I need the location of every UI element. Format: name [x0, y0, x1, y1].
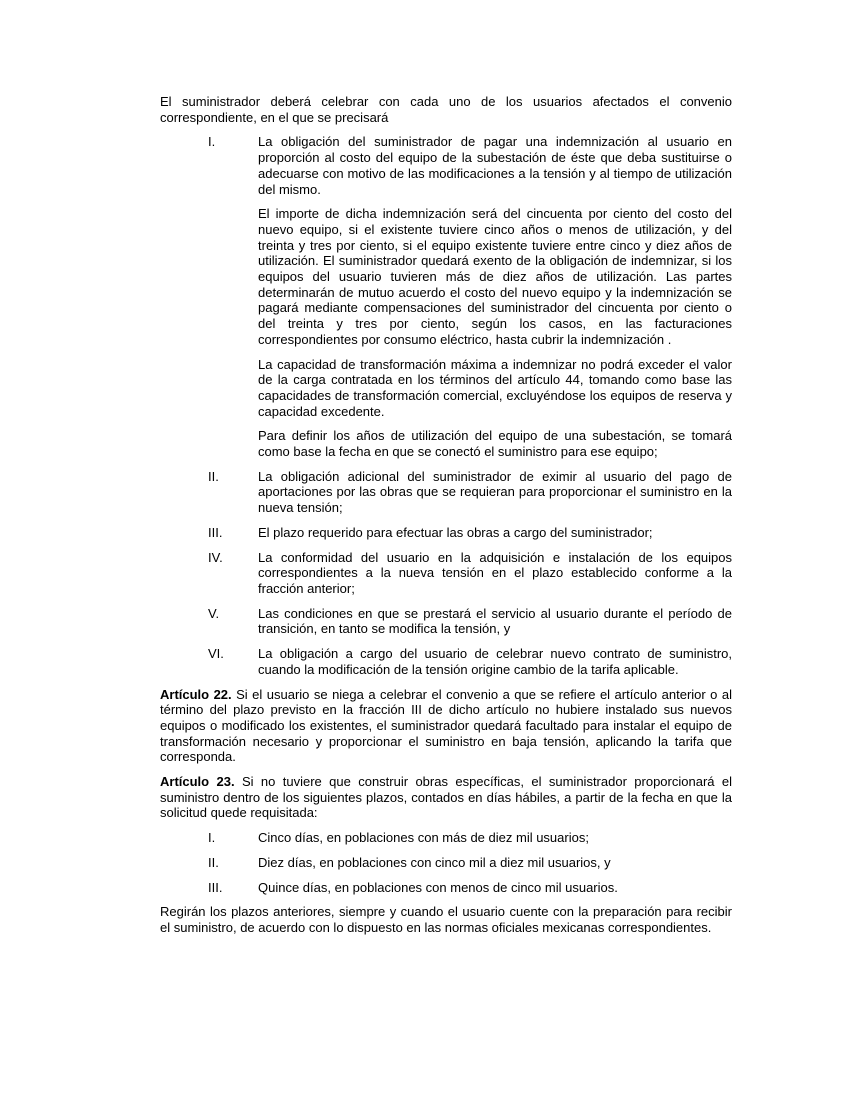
- plazo-ii-body: Diez días, en poblaciones con cinco mil …: [258, 855, 732, 880]
- intro-paragraph: El suministrador deberá celebrar con cad…: [160, 94, 732, 125]
- document-page: El suministrador deberá celebrar con cad…: [0, 0, 850, 1100]
- clause-iii: III. El plazo requerido para efectuar la…: [160, 525, 732, 550]
- article-22-text: Si el usuario se niega a celebrar el con…: [160, 687, 732, 765]
- clause-ii-paragraph: La obligación adicional del suministrado…: [258, 469, 732, 516]
- clause-v-body: Las condiciones en que se prestará el se…: [258, 606, 732, 646]
- clause-i-paragraph-1: La obligación del suministrador de pagar…: [258, 134, 732, 197]
- clause-iv-paragraph: La conformidad del usuario en la adquisi…: [258, 550, 732, 597]
- clause-iii-numeral: III.: [208, 525, 258, 550]
- article-22-paragraph: Artículo 22. Si el usuario se niega a ce…: [160, 687, 732, 766]
- clause-ii-numeral: II.: [208, 469, 258, 525]
- article-22-label: Artículo 22.: [160, 687, 232, 702]
- clause-i-paragraph-2: El importe de dicha indemnización será d…: [258, 206, 732, 347]
- plazo-iii: III. Quince días, en poblaciones con men…: [160, 880, 732, 905]
- plazo-iii-body: Quince días, en poblaciones con menos de…: [258, 880, 732, 905]
- clause-i-paragraph-3: La capacidad de transformación máxima a …: [258, 357, 732, 420]
- article-23-paragraph: Artículo 23. Si no tuviere que construir…: [160, 774, 732, 821]
- plazo-i-text: Cinco días, en poblaciones con más de di…: [258, 830, 732, 846]
- plazo-i-numeral: I.: [208, 830, 258, 855]
- article-23-text: Si no tuviere que construir obras especí…: [160, 774, 732, 820]
- clause-ii: II. La obligación adicional del suminist…: [160, 469, 732, 525]
- clause-i-numeral: I.: [208, 134, 258, 468]
- plazo-ii-text: Diez días, en poblaciones con cinco mil …: [258, 855, 732, 871]
- clause-i: I. La obligación del suministrador de pa…: [160, 134, 732, 468]
- clause-iv: IV. La conformidad del usuario en la adq…: [160, 550, 732, 606]
- article-23-label: Artículo 23.: [160, 774, 235, 789]
- document-content: El suministrador deberá celebrar con cad…: [160, 94, 732, 945]
- clause-iii-paragraph: El plazo requerido para efectuar las obr…: [258, 525, 732, 541]
- plazo-i: I. Cinco días, en poblaciones con más de…: [160, 830, 732, 855]
- plazo-ii-numeral: II.: [208, 855, 258, 880]
- plazo-i-body: Cinco días, en poblaciones con más de di…: [258, 830, 732, 855]
- clause-vi-numeral: VI.: [208, 646, 258, 686]
- clause-iii-body: El plazo requerido para efectuar las obr…: [258, 525, 732, 550]
- plazo-iii-numeral: III.: [208, 880, 258, 905]
- clause-iv-numeral: IV.: [208, 550, 258, 606]
- clause-vi: VI. La obligación a cargo del usuario de…: [160, 646, 732, 686]
- clause-vi-paragraph: La obligación a cargo del usuario de cel…: [258, 646, 732, 677]
- closing-paragraph: Regirán los plazos anteriores, siempre y…: [160, 904, 732, 935]
- clause-vi-body: La obligación a cargo del usuario de cel…: [258, 646, 732, 686]
- clause-iv-body: La conformidad del usuario en la adquisi…: [258, 550, 732, 606]
- clause-v-numeral: V.: [208, 606, 258, 646]
- clause-v: V. Las condiciones en que se prestará el…: [160, 606, 732, 646]
- clause-i-body: La obligación del suministrador de pagar…: [258, 134, 732, 468]
- clause-i-paragraph-4: Para definir los años de utilización del…: [258, 428, 732, 459]
- plazo-iii-text: Quince días, en poblaciones con menos de…: [258, 880, 732, 896]
- plazo-ii: II. Diez días, en poblaciones con cinco …: [160, 855, 732, 880]
- clause-ii-body: La obligación adicional del suministrado…: [258, 469, 732, 525]
- clause-v-paragraph: Las condiciones en que se prestará el se…: [258, 606, 732, 637]
